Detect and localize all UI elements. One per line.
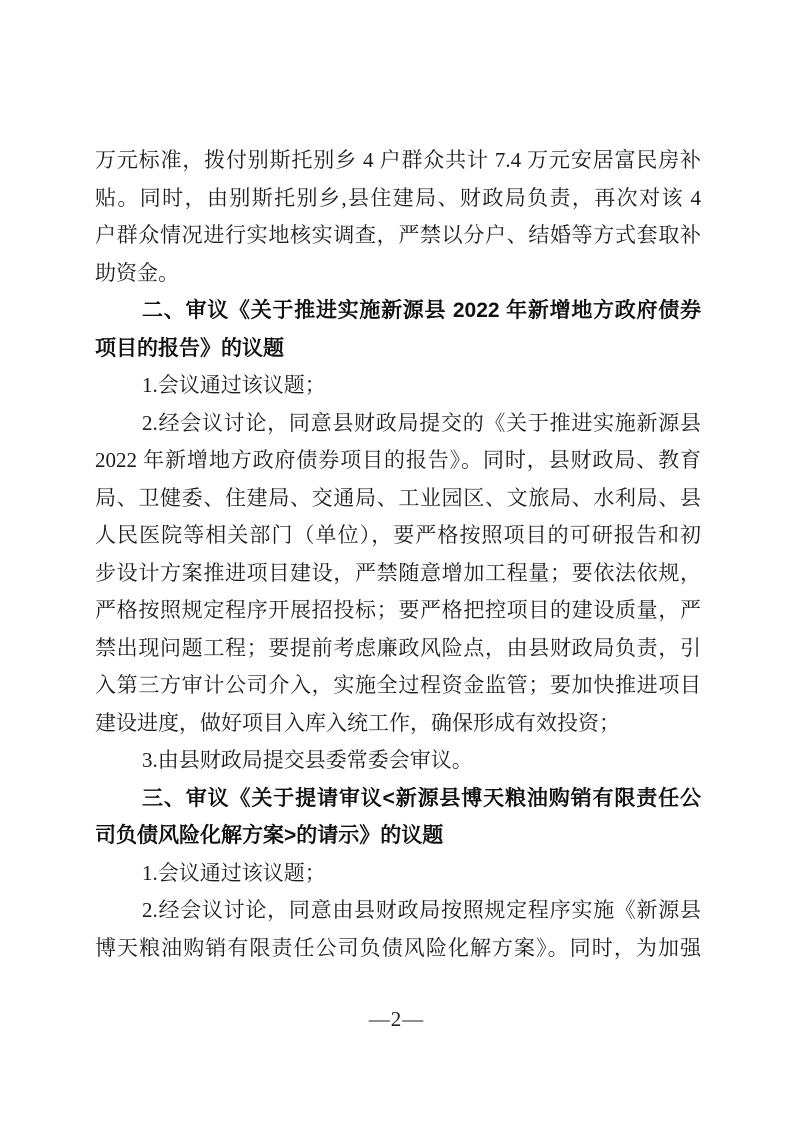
agenda-3-item-1: 1.会议通过该议题； xyxy=(95,855,701,893)
agenda-2-item-2-line-5: 步设计方案推进项目建设，严禁随意增加工程量；要依法依规， xyxy=(95,555,701,593)
continuation-paragraph-line-3: 户群众情况进行实地核实调查，严禁以分户、结婚等方式套取补 xyxy=(95,217,701,255)
agenda-2-heading-line-1: 二、审议《关于推进实施新源县 2022 年新增地方政府债券 xyxy=(95,292,701,330)
agenda-2-item-2-line-3: 局、卫健委、住建局、交通局、工业园区、文旅局、水利局、县 xyxy=(95,480,701,518)
agenda-2-item-2-line-6: 严格按照规定程序开展招投标；要严格把控项目的建设质量，严 xyxy=(95,592,701,630)
agenda-2-item-3: 3.由县财政局提交县委常委会审议。 xyxy=(95,742,701,780)
document-text-block: 万元标准，拨付别斯托别乡 4 户群众共计 7.4 万元安居富民房补 贴。同时，由… xyxy=(95,142,701,967)
continuation-paragraph-line-1: 万元标准，拨付别斯托别乡 4 户群众共计 7.4 万元安居富民房补 xyxy=(95,142,701,180)
agenda-2-item-1: 1.会议通过该议题； xyxy=(95,367,701,405)
continuation-paragraph-line-4: 助资金。 xyxy=(95,255,701,293)
agenda-2-item-2-line-9: 建设进度，做好项目入库入统工作，确保形成有效投资； xyxy=(95,705,701,743)
agenda-2-item-2-line-4: 人民医院等相关部门（单位），要严格按照项目的可研报告和初 xyxy=(95,517,701,555)
document-page: 万元标准，拨付别斯托别乡 4 户群众共计 7.4 万元安居富民房补 贴。同时，由… xyxy=(0,0,793,1122)
agenda-3-item-2-line-1: 2.经会议讨论，同意由县财政局按照规定程序实施《新源县 xyxy=(95,892,701,930)
page-number: —2— xyxy=(0,1007,793,1032)
agenda-3-heading-line-1: 三、审议《关于提请审议<新源县博天粮油购销有限责任公 xyxy=(95,780,701,818)
agenda-2-item-2-line-1: 2.经会议讨论，同意县财政局提交的《关于推进实施新源县 xyxy=(95,405,701,443)
agenda-2-item-2-line-7: 禁出现问题工程；要提前考虑廉政风险点，由县财政局负责，引 xyxy=(95,630,701,668)
agenda-2-item-2-line-2: 2022 年新增地方政府债券项目的报告》。同时，县财政局、教育 xyxy=(95,442,701,480)
agenda-2-heading-line-2: 项目的报告》的议题 xyxy=(95,330,701,368)
agenda-2-item-2-line-8: 入第三方审计公司介入，实施全过程资金监管；要加快推进项目 xyxy=(95,667,701,705)
continuation-paragraph-line-2: 贴。同时，由别斯托别乡,县住建局、财政局负责，再次对该 4 xyxy=(95,180,701,218)
agenda-3-item-2-line-2: 博天粮油购销有限责任公司负债风险化解方案》。同时，为加强 xyxy=(95,930,701,968)
agenda-3-heading-line-2: 司负债风险化解方案>的请示》的议题 xyxy=(95,817,701,855)
